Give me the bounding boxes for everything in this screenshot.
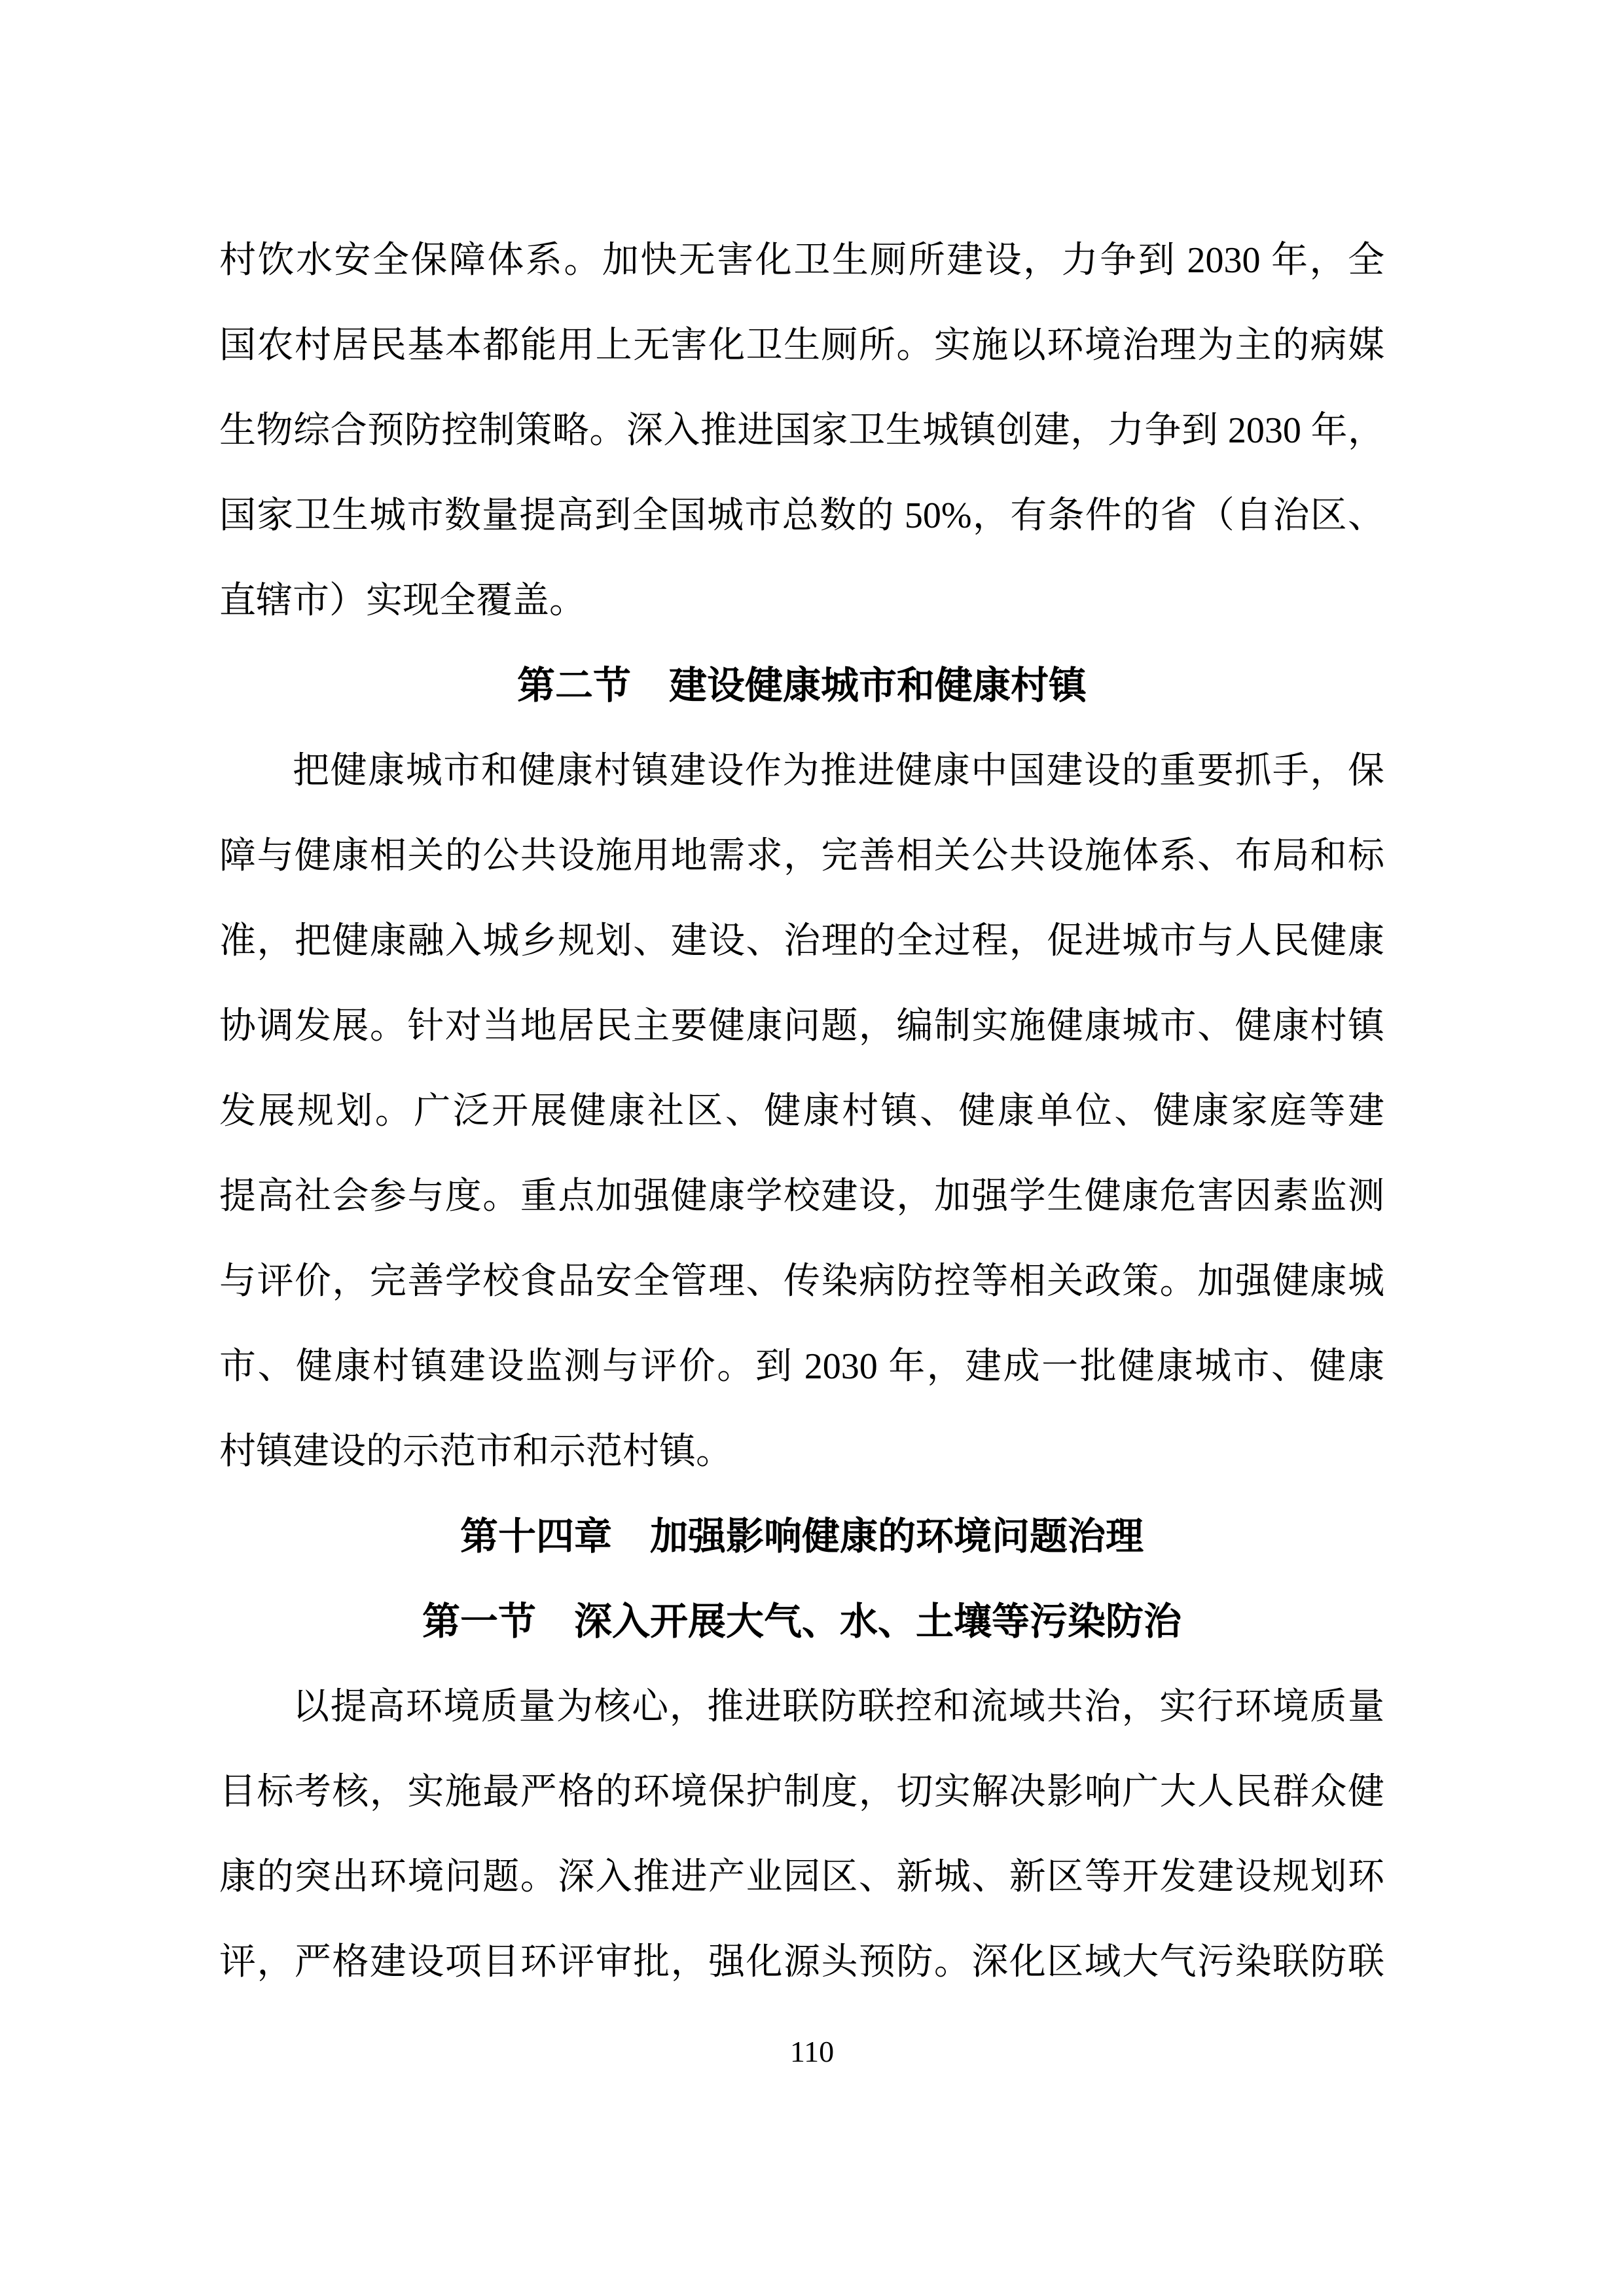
body-line: 准，把健康融入城乡规划、建设、治理的全过程，促进城市与人民健康 xyxy=(219,899,1384,984)
body-line: 把健康城市和健康村镇建设作为推进健康中国建设的重要抓手，保 xyxy=(219,728,1384,814)
page-number: 110 xyxy=(0,2032,1624,2072)
body-line: 障与健康相关的公共设施用地需求，完善相关公共设施体系、布局和标 xyxy=(219,814,1384,899)
document-page: 村饮水安全保障体系。加快无害化卫生厕所建设，力争到 2030 年，全 国农村居民… xyxy=(0,0,1624,2296)
body-line: 村镇建设的示范市和示范村镇。 xyxy=(219,1409,1384,1494)
body-line: 直辖市）实现全覆盖。 xyxy=(219,558,1384,643)
body-line: 发展规划。广泛开展健康社区、健康村镇、健康单位、健康家庭等建设， xyxy=(219,1069,1384,1154)
body-line: 生物综合预防控制策略。深入推进国家卫生城镇创建，力争到 2030 年， xyxy=(219,388,1384,473)
section-heading: 第一节 深入开展大气、水、土壤等污染防治 xyxy=(219,1579,1384,1664)
body-line: 评，严格建设项目环评审批，强化源头预防。深化区域大气污染联防联 xyxy=(219,1920,1384,2005)
body-line: 康的突出环境问题。深入推进产业园区、新城、新区等开发建设规划环 xyxy=(219,1835,1384,1920)
body-line: 与评价，完善学校食品安全管理、传染病防控等相关政策。加强健康城 xyxy=(219,1239,1384,1324)
body-line: 市、健康村镇建设监测与评价。到 2030 年，建成一批健康城市、健康 xyxy=(219,1324,1384,1409)
body-line: 国家卫生城市数量提高到全国城市总数的 50%，有条件的省（自治区、 xyxy=(219,473,1384,558)
chapter-heading: 第十四章 加强影响健康的环境问题治理 xyxy=(219,1494,1384,1579)
body-line: 协调发展。针对当地居民主要健康问题，编制实施健康城市、健康村镇 xyxy=(219,984,1384,1069)
section-heading: 第二节 建设健康城市和健康村镇 xyxy=(219,643,1384,728)
body-line: 村饮水安全保障体系。加快无害化卫生厕所建设，力争到 2030 年，全 xyxy=(219,218,1384,303)
body-line: 目标考核，实施最严格的环境保护制度，切实解决影响广大人民群众健 xyxy=(219,1749,1384,1835)
body-line: 以提高环境质量为核心，推进联防联控和流域共治，实行环境质量 xyxy=(219,1664,1384,1749)
body-line: 提高社会参与度。重点加强健康学校建设，加强学生健康危害因素监测 xyxy=(219,1154,1384,1239)
text-block: 村饮水安全保障体系。加快无害化卫生厕所建设，力争到 2030 年，全 国农村居民… xyxy=(219,218,1384,2005)
body-line: 国农村居民基本都能用上无害化卫生厕所。实施以环境治理为主的病媒 xyxy=(219,303,1384,388)
